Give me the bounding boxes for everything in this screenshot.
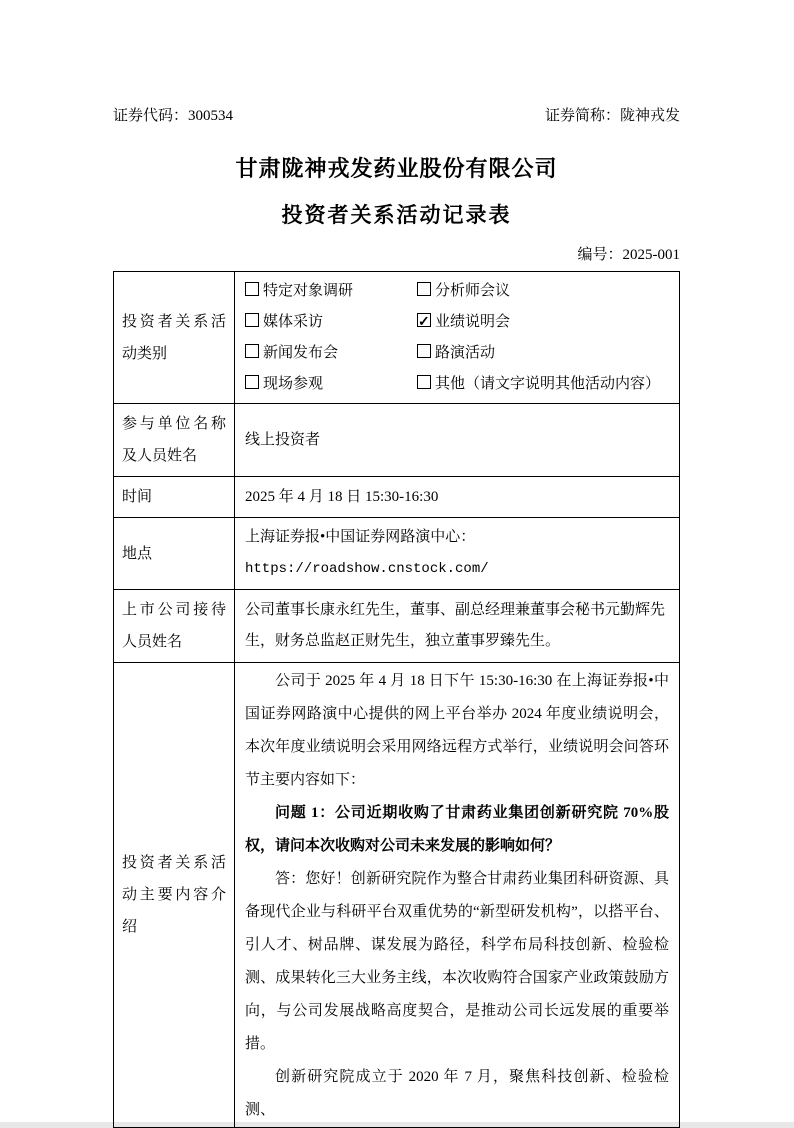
row-label: 地点	[114, 518, 235, 590]
checkbox-unchecked-icon	[417, 375, 431, 389]
checkbox-option: 路演活动	[417, 338, 669, 368]
row-value: 上海证券报•中国证券网路演中心： https://roadshow.cnstoc…	[235, 518, 680, 590]
doc-number: 编号：2025-001	[113, 243, 680, 264]
row-time: 时间 2025 年 4 月 18 日 15:30-16:30	[114, 477, 680, 518]
content-question-1: 问题 1：公司近期收购了甘肃药业集团创新研究院 70%股权，请问本次收购对公司未…	[245, 797, 669, 863]
row-value: 公司于 2025 年 4 月 18 日下午 15:30-16:30 在上海证券报…	[235, 663, 680, 1128]
row-participants: 参与单位名称及人员姓名 线上投资者	[114, 404, 680, 477]
checkbox-option: 其他（请文字说明其他活动内容）	[417, 369, 669, 399]
checkbox-label: 现场参观	[263, 376, 323, 392]
checkbox-unchecked-icon	[245, 344, 259, 358]
checkbox-label: 路演活动	[435, 345, 495, 361]
document-page: 证券代码：300534 证券简称：陇神戎发 甘肃陇神戎发药业股份有限公司 投资者…	[0, 0, 794, 1122]
row-location: 地点 上海证券报•中国证券网路演中心： https://roadshow.cns…	[114, 518, 680, 590]
record-table: 投资者关系活动类别 特定对象调研 分析师会议 媒体采访 业绩说明会 新闻发布会 …	[113, 271, 680, 1128]
checkbox-option: 特定对象调研	[245, 276, 417, 306]
content-answer-1: 答：您好！创新研究院作为整合甘肃药业集团科研资源、具备现代企业与科研平台双重优势…	[245, 863, 669, 1061]
checkbox-option: 新闻发布会	[245, 338, 417, 368]
company-title: 甘肃陇神戎发药业股份有限公司	[113, 152, 680, 183]
checkbox-label: 其他（请文字说明其他活动内容）	[435, 376, 660, 392]
checkbox-label: 新闻发布会	[263, 345, 338, 361]
row-value: 特定对象调研 分析师会议 媒体采访 业绩说明会 新闻发布会 路演活动 现场参观 …	[235, 272, 680, 404]
location-line1: 上海证券报•中国证券网路演中心：	[245, 522, 669, 553]
content-paragraph-intro: 公司于 2025 年 4 月 18 日下午 15:30-16:30 在上海证券报…	[245, 665, 669, 797]
checkbox-unchecked-icon	[245, 313, 259, 327]
row-label: 上市公司接待人员姓名	[114, 590, 235, 663]
checkbox-option: 媒体采访	[245, 307, 417, 337]
checkbox-unchecked-icon	[417, 344, 431, 358]
row-label: 投资者关系活动类别	[114, 272, 235, 404]
row-activity-type: 投资者关系活动类别 特定对象调研 分析师会议 媒体采访 业绩说明会 新闻发布会 …	[114, 272, 680, 404]
checkbox-unchecked-icon	[417, 282, 431, 296]
activity-checkbox-grid: 特定对象调研 分析师会议 媒体采访 业绩说明会 新闻发布会 路演活动 现场参观 …	[245, 276, 669, 399]
checkbox-label: 分析师会议	[435, 283, 510, 299]
checkbox-unchecked-icon	[245, 282, 259, 296]
stock-abbr: 证券简称：陇神戎发	[545, 106, 680, 126]
checkbox-label: 媒体采访	[263, 314, 323, 330]
content-paragraph-last: 创新研究院成立于 2020 年 7 月，聚焦科技创新、检验检测、	[245, 1061, 669, 1127]
stock-code: 证券代码：300534	[113, 106, 233, 126]
row-label: 投资者关系活动主要内容介绍	[114, 663, 235, 1128]
doc-title: 投资者关系活动记录表	[113, 199, 680, 229]
row-label: 时间	[114, 477, 235, 518]
header-meta-row: 证券代码：300534 证券简称：陇神戎发	[113, 106, 680, 126]
row-value: 线上投资者	[235, 404, 680, 477]
row-label: 参与单位名称及人员姓名	[114, 404, 235, 477]
checkbox-label: 特定对象调研	[263, 283, 353, 299]
checkbox-checked-icon	[417, 313, 431, 327]
roadshow-url-link[interactable]: https://roadshow.cnstock.com/	[245, 561, 489, 577]
checkbox-unchecked-icon	[245, 375, 259, 389]
row-content-intro: 投资者关系活动主要内容介绍 公司于 2025 年 4 月 18 日下午 15:3…	[114, 663, 680, 1128]
row-value: 公司董事长康永红先生，董事、副总经理兼董事会秘书元勤辉先生，财务总监赵正财先生，…	[235, 590, 680, 663]
checkbox-option: 业绩说明会	[417, 307, 669, 337]
row-reception: 上市公司接待人员姓名 公司董事长康永红先生，董事、副总经理兼董事会秘书元勤辉先生…	[114, 590, 680, 663]
checkbox-label: 业绩说明会	[435, 314, 510, 330]
checkbox-option: 分析师会议	[417, 276, 669, 306]
checkbox-option: 现场参观	[245, 369, 417, 399]
row-value: 2025 年 4 月 18 日 15:30-16:30	[235, 477, 680, 518]
